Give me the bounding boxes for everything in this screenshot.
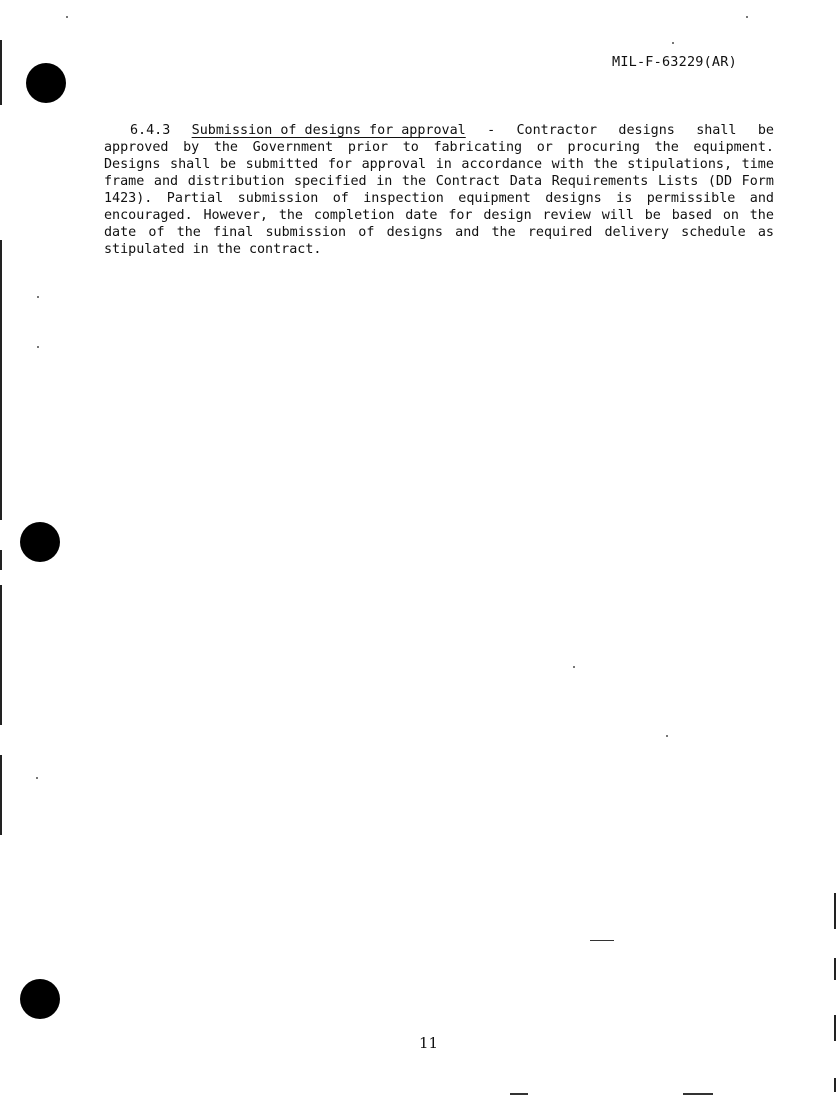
scan-speck (36, 777, 38, 779)
left-scan-edge (0, 40, 2, 105)
word: equipment (458, 190, 531, 207)
word: the (492, 224, 516, 241)
word: Requirements (552, 173, 649, 190)
paragraph-line-last: stipulatedinthecontract. (104, 241, 774, 258)
paragraph-line: 1423).Partialsubmissionofinspectionequip… (104, 190, 774, 207)
word: encouraged. (104, 207, 193, 224)
word: (DD (708, 173, 732, 190)
punch-hole-bottom-icon (20, 979, 60, 1019)
word: Designs (104, 156, 160, 173)
word: procuring (567, 139, 640, 156)
word: design (483, 207, 531, 224)
word: or (537, 139, 553, 156)
word: to (403, 139, 419, 156)
section-number: 6.4.3 (130, 122, 170, 139)
word: submission (266, 224, 347, 241)
scan-speck (672, 42, 674, 44)
left-scan-edge (0, 240, 2, 520)
word: stipulations, (627, 156, 732, 173)
word: as (758, 224, 774, 241)
word: equipment. (693, 139, 774, 156)
scan-speck (37, 346, 39, 348)
word: stipulated (104, 241, 185, 258)
scan-speck (666, 735, 668, 737)
scan-speck (746, 16, 748, 18)
word: on (723, 207, 739, 224)
word: final (213, 224, 253, 241)
word: and (750, 190, 774, 207)
paragraph-line-first: 6.4.3 Submission of designs for approval… (104, 122, 774, 139)
scan-speck (573, 666, 575, 668)
word: permissible (647, 190, 736, 207)
paragraph-line: encouraged.However,thecompletiondateford… (104, 207, 774, 224)
word: and (455, 224, 479, 241)
word: the (593, 156, 617, 173)
scan-footer-mark (590, 940, 614, 941)
word: completion (314, 207, 395, 224)
left-scan-edge (0, 755, 2, 835)
word: specified (294, 173, 367, 190)
word: shall (696, 122, 736, 139)
word: in (376, 173, 392, 190)
word: review (543, 207, 591, 224)
word: 1423). (104, 190, 152, 207)
word: Contractor (516, 122, 597, 139)
punch-hole-top-icon (26, 63, 66, 103)
word: Contract (436, 173, 501, 190)
word: approved (104, 139, 169, 156)
word: date (405, 207, 437, 224)
paragraph-line: dateofthefinalsubmissionofdesignsandther… (104, 224, 774, 241)
word: the (402, 173, 426, 190)
word: the (655, 139, 679, 156)
word: frame (104, 173, 144, 190)
word: of (148, 224, 164, 241)
word: Data (510, 173, 542, 190)
word: date (104, 224, 136, 241)
left-scan-edge (0, 585, 2, 725)
scan-footer-mark (683, 1093, 713, 1095)
word: will (602, 207, 634, 224)
word: Lists (658, 173, 698, 190)
scan-speck (37, 296, 39, 298)
word: designs (618, 122, 674, 139)
section-paragraph: 6.4.3 Submission of designs for approval… (104, 122, 774, 258)
paragraph-line: Designsshallbesubmittedforapprovalinacco… (104, 156, 774, 173)
page-number: 11 (419, 1034, 438, 1052)
word: time (742, 156, 774, 173)
word: However, (204, 207, 269, 224)
word: and (154, 173, 178, 190)
right-scan-edge (834, 1078, 836, 1092)
word: shall (170, 156, 210, 173)
word: the (750, 207, 774, 224)
word: distribution (188, 173, 285, 190)
word: designs (545, 190, 601, 207)
scan-footer-mark (510, 1093, 528, 1095)
word: for (328, 156, 352, 173)
word: Partial (167, 190, 223, 207)
punch-hole-middle-icon (20, 522, 60, 562)
word: contract. (249, 241, 322, 258)
right-scan-edge (834, 893, 836, 929)
left-scan-edge (0, 550, 2, 570)
word: inspection (363, 190, 444, 207)
word: of (358, 224, 374, 241)
word: is (616, 190, 632, 207)
right-scan-edge (834, 958, 836, 980)
scan-speck (66, 16, 68, 18)
paragraph-line: frameanddistributionspecifiedintheContra… (104, 173, 774, 190)
word: Government (253, 139, 334, 156)
word: based (672, 207, 712, 224)
word: accordance (461, 156, 542, 173)
word: be (220, 156, 236, 173)
word: submitted (246, 156, 319, 173)
word: with (552, 156, 584, 173)
word: the (217, 241, 241, 258)
document-page: MIL-F-63229(AR) 6.4.3 Submission of desi… (0, 0, 837, 1096)
word: schedule (681, 224, 746, 241)
word: for (448, 207, 472, 224)
paragraph-line: approvedbytheGovernmentpriortofabricatin… (104, 139, 774, 156)
word: the (214, 139, 238, 156)
word: of (333, 190, 349, 207)
word: by (183, 139, 199, 156)
title-separator: - (487, 122, 495, 139)
word: in (436, 156, 452, 173)
word: delivery (605, 224, 670, 241)
word: the (177, 224, 201, 241)
word: approval (362, 156, 427, 173)
word: designs (387, 224, 443, 241)
word: Form (742, 173, 774, 190)
word: prior (348, 139, 388, 156)
word: be (758, 122, 774, 139)
word: be (645, 207, 661, 224)
word: fabricating (433, 139, 522, 156)
section-title: Submission of designs for approval (192, 122, 466, 139)
word: required (528, 224, 593, 241)
right-scan-edge (834, 1015, 836, 1041)
word: in (193, 241, 209, 258)
document-identifier: MIL-F-63229(AR) (612, 54, 737, 70)
word: the (279, 207, 303, 224)
word: submission (238, 190, 319, 207)
